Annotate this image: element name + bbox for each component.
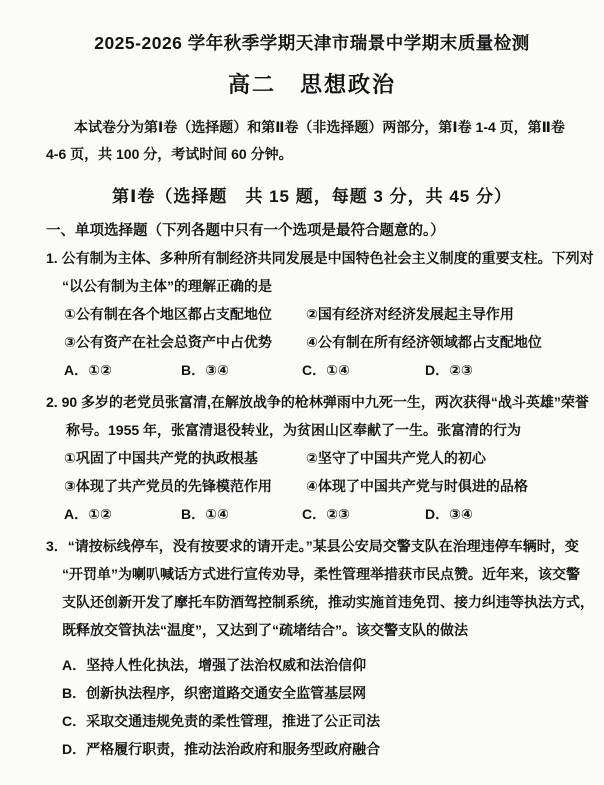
question-1-choice-c: C．①④ [302, 356, 425, 384]
question-2-choice-c: C．②③ [302, 500, 425, 528]
question-3-choice-c: C．采取交通违规免责的柔性管理，推进了公正司法 [46, 707, 578, 735]
question-1: 1. 公有制为主体、多种所有制经济共同发展是中国特色社会主义制度的重要支柱。下列… [46, 244, 578, 384]
question-3-stem-line-4: 既释放交管执法“温度”，又达到了“疏堵结合”。该交警支队的做法 [46, 616, 578, 644]
exam-title: 2025-2026 学年秋季学期天津市瑞景中学期末质量检测 [46, 30, 578, 55]
question-3-choice-a: A．坚持人性化执法，增强了法治权威和法治信仰 [46, 651, 578, 679]
question-2-stem-line-1: 2. 90 多岁的老党员张富清,在解放战争的枪林弹雨中九死一生，两次获得“战斗英… [46, 388, 578, 416]
question-2-item-2: ②坚守了中国共产党人的初心 [306, 444, 486, 472]
question-2-choice-a: A．①② [64, 500, 181, 528]
question-3-stem-line-2: “开罚单”为喇叭喊话方式进行宣传劝导，柔性管理举措获市民点赞。近年来，该交警 [46, 560, 578, 588]
question-2-items-row-2: ③体现了共产党员的先锋模范作用 ④体现了中国共产党与时俱进的品格 [46, 472, 578, 500]
question-2-item-4: ④体现了中国共产党与时俱进的品格 [306, 472, 528, 500]
instructions-line-1: 本试卷分为第Ⅰ卷（选择题）和第Ⅱ卷（非选择题）两部分，第Ⅰ卷 1-4 页，第Ⅱ卷 [46, 114, 578, 141]
exam-subject-title: 高二 思想政治 [46, 68, 578, 99]
question-3-choice-b: B．创新执法程序，织密道路交通安全监管基层网 [46, 679, 578, 707]
question-1-item-2: ②国有经济对经济发展起主导作用 [306, 300, 514, 328]
question-1-choice-d: D．②③ [425, 356, 473, 384]
question-1-stem-line-1: 1. 公有制为主体、多种所有制经济共同发展是中国特色社会主义制度的重要支柱。下列… [46, 244, 578, 272]
question-2: 2. 90 多岁的老党员张富清,在解放战争的枪林弹雨中九死一生，两次获得“战斗英… [46, 388, 578, 528]
question-2-item-1: ①巩固了中国共产党的执政根基 [64, 444, 306, 472]
question-2-choices: A．①② B．①④ C．②③ D．③④ [46, 500, 578, 528]
question-3-stem-line-3: 支队还创新开发了摩托车防酒驾控制系统，推动实施首违免罚、接力纠违等执法方式， [46, 588, 578, 616]
question-1-items-row-1: ①公有制在各个地区都占支配地位 ②国有经济对经济发展起主导作用 [46, 300, 578, 328]
question-2-stem-line-2: 称号。1955 年，张富清退役转业，为贫困山区奉献了一生。张富清的行为 [46, 416, 578, 444]
question-1-item-3: ③公有资产在社会总资产中占优势 [64, 328, 306, 356]
question-1-items-row-2: ③公有资产在社会总资产中占优势 ④公有制在所有经济领域都占支配地位 [46, 328, 578, 356]
question-3-choice-d: D．严格履行职责，推动法治政府和服务型政府融合 [46, 735, 578, 763]
part-1-heading: 一、单项选择题（下列各题中只有一个选项是最符合题意的。） [46, 219, 578, 240]
question-2-choice-d: D．③④ [425, 500, 473, 528]
question-1-choice-b: B．③④ [181, 356, 302, 384]
section-1-title: 第Ⅰ卷（选择题 共 15 题，每题 3 分，共 45 分） [46, 182, 578, 207]
question-3-stem-line-1: 3．“请按标线停车，没有按要求的请开走。”某县公安局交警支队在治理违停车辆时，变 [46, 532, 578, 560]
instructions-line-2: 4-6 页，共 100 分，考试时间 60 分钟。 [46, 141, 578, 168]
question-2-choice-b: B．①④ [181, 500, 302, 528]
question-1-choices: A．①② B．③④ C．①④ D．②③ [46, 356, 578, 384]
exam-instructions: 本试卷分为第Ⅰ卷（选择题）和第Ⅱ卷（非选择题）两部分，第Ⅰ卷 1-4 页，第Ⅱ卷… [46, 114, 578, 168]
question-1-item-1: ①公有制在各个地区都占支配地位 [64, 300, 306, 328]
question-1-stem-line-2: “以公有制为主体”的理解正确的是 [46, 272, 578, 300]
question-2-item-3: ③体现了共产党员的先锋模范作用 [64, 472, 306, 500]
exam-paper-page: 2025-2026 学年秋季学期天津市瑞景中学期末质量检测 高二 思想政治 本试… [0, 0, 604, 785]
question-3-choices: A．坚持人性化执法，增强了法治权威和法治信仰 B．创新执法程序，织密道路交通安全… [46, 651, 578, 763]
question-1-choice-a: A．①② [64, 356, 181, 384]
question-1-item-4: ④公有制在所有经济领域都占支配地位 [306, 328, 542, 356]
question-2-items-row-1: ①巩固了中国共产党的执政根基 ②坚守了中国共产党人的初心 [46, 444, 578, 472]
question-3: 3．“请按标线停车，没有按要求的请开走。”某县公安局交警支队在治理违停车辆时，变… [46, 532, 578, 763]
